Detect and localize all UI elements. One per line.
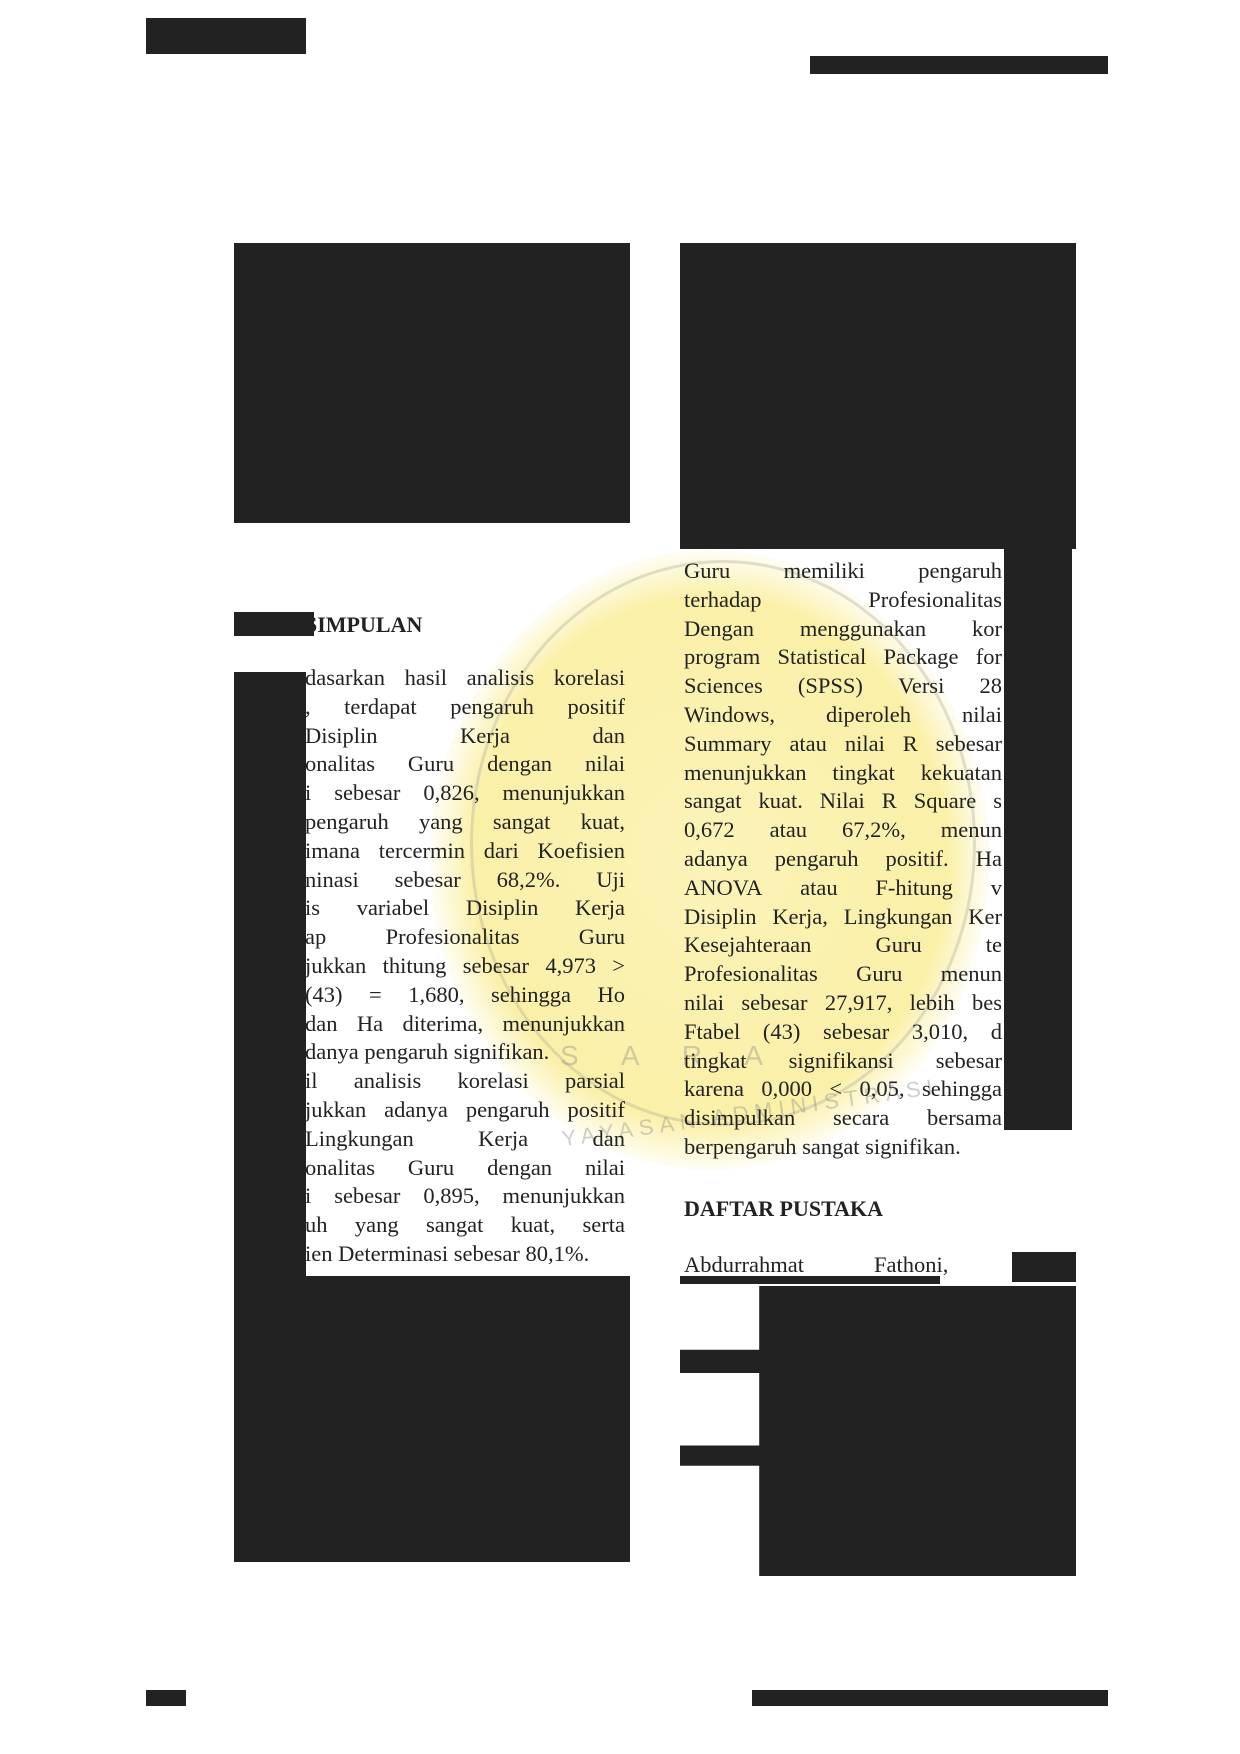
text-line: isebesar0,895,menunjukkan xyxy=(305,1182,625,1211)
redacted-journal-logo xyxy=(146,18,306,54)
reference-author-2: Fathoni, xyxy=(874,1252,948,1278)
text-line: onalitasGurudengannilai xyxy=(305,1154,625,1183)
text-line: uhyangsangatkuat,serta xyxy=(305,1211,625,1240)
text-line: SummaryataunilaiRsebesar xyxy=(684,730,1002,759)
text-line: (43)=1,680,sehinggaHo xyxy=(305,981,625,1010)
conclusion-left-column: dasarkanhasilanalisiskorelasi ,terdapatp… xyxy=(305,664,625,1269)
text-line: Ftabel(43)sebesar3,010,d xyxy=(684,1018,1002,1047)
text-line: tingkatsignifikansisebesar xyxy=(684,1047,1002,1076)
text-line: ninasisebesar68,2%.Uji xyxy=(305,866,625,895)
text-line: Gurumemilikipengaruh xyxy=(684,557,1002,586)
redacted-page-number xyxy=(146,1690,186,1706)
reference-author-1: Abdurrahmat xyxy=(684,1252,804,1278)
text-line: disimpulkansecarabersama xyxy=(684,1104,1002,1133)
text-line: jukkanthitungsebesar4,973> xyxy=(305,952,625,981)
redacted-reference-underline xyxy=(680,1276,940,1284)
text-line: KesejahteraanGurute xyxy=(684,931,1002,960)
text-line: isebesar0,826,menunjukkan xyxy=(305,779,625,808)
redacted-left-paragraph-bottom xyxy=(234,1276,630,1562)
redacted-left-margin-strip xyxy=(234,672,306,1276)
text-line: nilaisebesar27,917,lebihbes xyxy=(684,989,1002,1018)
text-line: ,terdapatpengaruhpositif xyxy=(305,693,625,722)
text-line: dasarkanhasilanalisiskorelasi xyxy=(305,664,625,693)
redacted-right-paragraph-top xyxy=(680,243,1076,549)
text-line: Denganmenggunakankor xyxy=(684,615,1002,644)
text-line: LingkunganKerjadan xyxy=(305,1125,625,1154)
text-line: isvariabelDisiplinKerja xyxy=(305,894,625,923)
text-line: jukkanadanyapengaruhpositif xyxy=(305,1096,625,1125)
section-heading-daftar-pustaka: DAFTAR PUSTAKA xyxy=(684,1196,883,1222)
text-line: onalitasGurudengannilai xyxy=(305,750,625,779)
text-line: 0,672atau67,2%,menun xyxy=(684,816,1002,845)
text-line: danya pengaruh signifikan. xyxy=(305,1038,625,1067)
text-line: pengaruhyangsangatkuat, xyxy=(305,808,625,837)
text-line: terhadapProfesionalitas xyxy=(684,586,1002,615)
redacted-right-margin-strip xyxy=(1004,520,1072,1130)
text-line: berpengaruh sangat signifikan. xyxy=(684,1133,1002,1162)
text-line: adanyapengaruhpositif.Ha xyxy=(684,845,1002,874)
text-line: menunjukkantingkatkekuatan xyxy=(684,759,1002,788)
redacted-footer-journal xyxy=(752,1690,1108,1706)
redacted-running-header xyxy=(810,56,1108,74)
text-line: Windows,diperolehnilai xyxy=(684,701,1002,730)
section-heading-simpulan: SIMPULAN xyxy=(305,612,422,638)
text-line: karena0,000<0,05,sehingga xyxy=(684,1075,1002,1104)
conclusion-right-column: Gurumemilikipengaruh terhadapProfesional… xyxy=(684,557,1002,1162)
text-line: DisiplinKerja,LingkunganKer xyxy=(684,903,1002,932)
redacted-references-list xyxy=(680,1286,1076,1576)
text-line: danHaditerima,menunjukkan xyxy=(305,1010,625,1039)
text-line: programStatisticalPackagefor xyxy=(684,643,1002,672)
text-line: ANOVAatauF-hitungv xyxy=(684,874,1002,903)
text-line: ilanalisiskorelasiparsial xyxy=(305,1067,625,1096)
text-line: imanatercermindariKoefisien xyxy=(305,837,625,866)
text-line: apProfesionalitasGuru xyxy=(305,923,625,952)
text-line: DisiplinKerjadan xyxy=(305,722,625,751)
text-line: ien Determinasi sebesar 80,1%. xyxy=(305,1240,625,1269)
text-line: ProfesionalitasGurumenun xyxy=(684,960,1002,989)
text-line: sangatkuat.NilaiRSquares xyxy=(684,787,1002,816)
redacted-section-number xyxy=(234,612,314,636)
text-line: Sciences(SPSS)Versi28 xyxy=(684,672,1002,701)
redacted-reference-tail xyxy=(1012,1252,1076,1282)
redacted-left-paragraph-top xyxy=(234,243,630,523)
